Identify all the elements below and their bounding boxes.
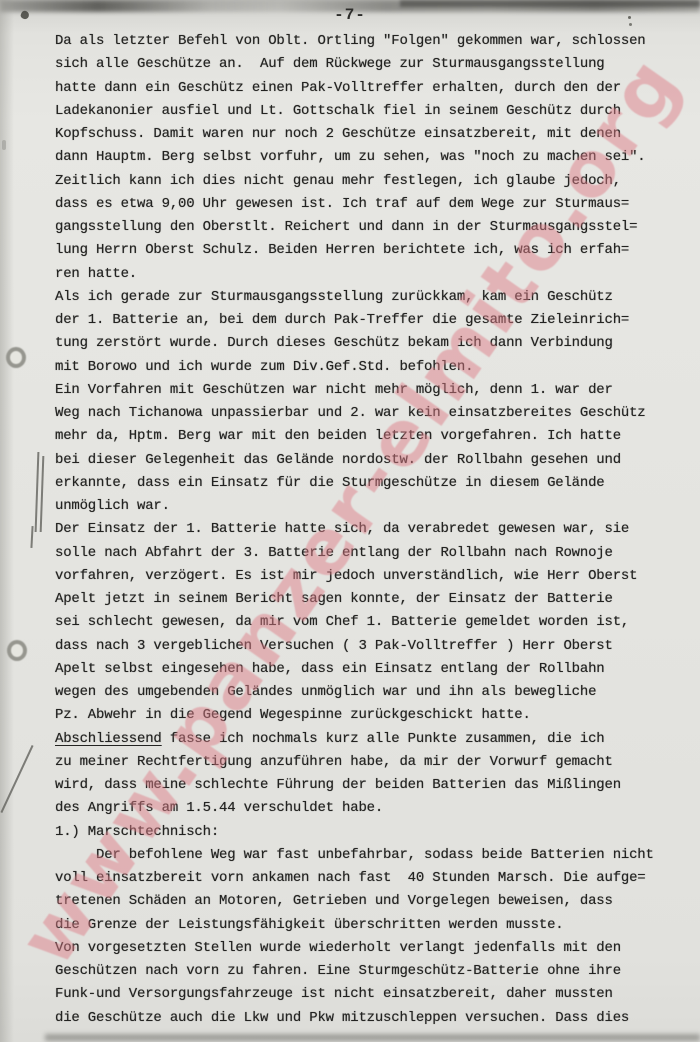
text-line: dann Hauptm. Berg selbst vorfuhr, um zu …: [55, 146, 695, 169]
pencil-mark-vertical: [30, 526, 33, 548]
text-line: Pz. Abwehr in die Gegend Wegespinne zurü…: [55, 704, 695, 727]
hole-punch-top: [6, 347, 26, 368]
hole-punch-bottom: [7, 640, 27, 661]
text-line: Weg nach Tichanowa unpassierbar und 2. w…: [55, 402, 695, 425]
text-line: Funk-und Versorgungsfahrzeuge ist nicht …: [55, 983, 695, 1006]
text-line: mit Borowo und ich wurde zum Div.Gef.Std…: [55, 356, 695, 379]
text-line: Apelt jetzt in seinem Bericht sagen konn…: [55, 588, 695, 611]
text-line: zu meiner Rechtfertigung anzuführen habe…: [55, 751, 695, 774]
pencil-smudge: [2, 140, 6, 150]
text-line: Ein Vorfahren mit Geschützen war nicht m…: [55, 379, 695, 402]
text-line: tung zerstört wurde. Durch dieses Geschü…: [55, 332, 695, 355]
text-line: Apelt selbst eingesehen habe, dass ein E…: [55, 658, 695, 681]
text-line: dass nach 3 vergeblichen Versuchen ( 3 P…: [55, 635, 695, 658]
text-line: lung Herrn Oberst Schulz. Beiden Herren …: [55, 239, 695, 262]
text-line: Von vorgesetzten Stellen wurde wiederhol…: [55, 937, 695, 960]
text-line: unmöglich war.: [55, 495, 695, 518]
text-line: Geschützen nach vorn zu fahren. Eine Stu…: [55, 960, 695, 983]
text-line: voll einsatzbereit vorn ankamen nach fas…: [55, 867, 695, 890]
pencil-mark-vertical: [35, 452, 40, 532]
page-number: -7-: [0, 6, 700, 24]
text-line: bei dieser Gelegenheit das Gelände nordo…: [55, 449, 695, 472]
text-line: mehr da, Hptm. Berg war mit den beiden l…: [55, 425, 695, 448]
text-line: vorfahren, verzögert. Es ist mir jedoch …: [55, 565, 695, 588]
text-line: Der Einsatz der 1. Batterie hatte sich, …: [55, 518, 695, 541]
text-line: ren hatte.: [55, 263, 695, 286]
text-line: Der befohlene Weg war fast unbefahrbar, …: [55, 844, 695, 867]
document-page: -7- Da als letzter Befehl von Oblt. Ortl…: [0, 0, 700, 1042]
text-line: sich alle Geschütze an. Auf dem Rückwege…: [55, 53, 695, 76]
text-line: 1.) Marschtechnisch:: [55, 821, 695, 844]
text-line: hatte dann ein Geschütz einen Pak-Volltr…: [55, 77, 695, 100]
text-line: Kopfschuss. Damit waren nur noch 2 Gesch…: [55, 123, 695, 146]
text-line: Da als letzter Befehl von Oblt. Ortling …: [55, 30, 695, 53]
text-line: erkannte, dass ein Einsatz für die Sturm…: [55, 472, 695, 495]
text-line: wird, dass meine schlechte Führung der b…: [55, 774, 695, 797]
pencil-mark-vertical: [40, 456, 45, 532]
scan-edge-bottom: [45, 1034, 700, 1041]
text-line: Abschliessend fasse ich nochmals kurz al…: [55, 728, 695, 751]
text-line: Als ich gerade zur Sturmausgangsstellung…: [55, 286, 695, 309]
text-line: dass es etwa 9,00 Uhr gewesen ist. Ich t…: [55, 193, 695, 216]
text-line: die Geschütze auch die Lkw und Pkw mitzu…: [55, 1007, 695, 1030]
text-line: des Angriffs am 1.5.44 verschuldet habe.: [55, 797, 695, 820]
text-line: tretenen Schäden an Motoren, Getrieben u…: [55, 890, 695, 913]
text-line: Ladekanonier ausfiel und Lt. Gottschalk …: [55, 100, 695, 123]
text-line: gangsstellung den Oberstlt. Reichert und…: [55, 216, 695, 239]
text-line: der 1. Batterie an, bei dem durch Pak-Tr…: [55, 309, 695, 332]
text-line: die Grenze der Leistungsfähigkeit übersc…: [55, 914, 695, 937]
text-line: sei schlecht gewesen, da mir vom Chef 1.…: [55, 611, 695, 634]
text-line: wegen des umgebenden Geländes unmöglich …: [55, 681, 695, 704]
text-block: Da als letzter Befehl von Oblt. Ortling …: [55, 30, 695, 1030]
scan-edge-left: [0, 0, 14, 1042]
text-line: Zeitlich kann ich dies nicht genau mehr …: [55, 170, 695, 193]
text-line: solle nach Abfahrt der 3. Batterie entla…: [55, 542, 695, 565]
